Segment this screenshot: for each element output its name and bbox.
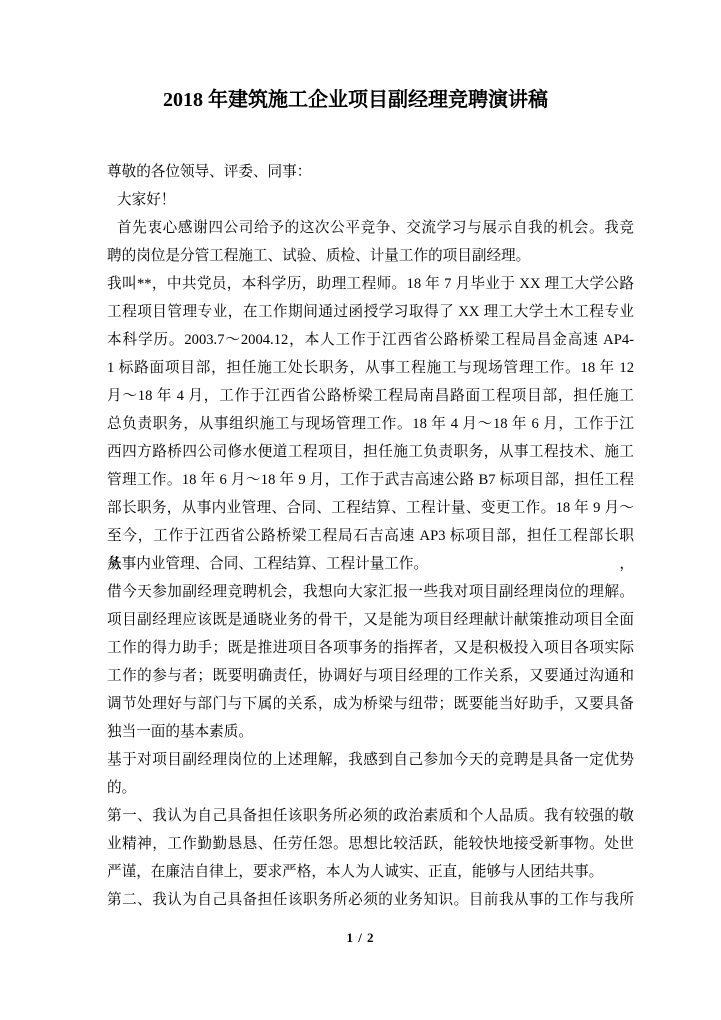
document-page: 2018 年建筑施工企业项目副经理竞聘演讲稿 尊敬的各位领导、评委、同事：大家好…: [0, 0, 721, 1020]
text-line: 大家好！: [107, 186, 634, 214]
text-line: 工程项目管理专业，在工作期间通过函授学习取得了 XX 理工大学土木工程专业: [107, 298, 634, 326]
paragraph: 基于对项目副经理岗位的上述理解，我感到自己参加今天的竞聘是具备一定优势的。: [107, 746, 634, 802]
text-line: 我叫**，中共党员，本科学历，助理工程师。18 年 7 月毕业于 XX 理工大学…: [107, 270, 634, 298]
page-number: 1 / 2: [87, 928, 634, 948]
text-line: 严谨，在廉洁自律上，要求严格，本人为人诚实、正直，能够与人团结共事。: [107, 858, 634, 886]
text-line: 月～18 年 4 月，工作于江西省公路桥梁工程局南昌路面工程项目部，担任施工: [107, 382, 634, 410]
text-line: 借今天参加副经理竞聘机会，我想向大家汇报一些我对项目副经理岗位的理解。: [107, 578, 634, 606]
text-line: 项目副经理应该既是通晓业务的骨干，又是能为项目经理献计献策推动项目全面: [107, 606, 634, 634]
text-line: 西四方路桥四公司修水便道工程项目，担任施工负责职务，从事工程技术、施工: [107, 438, 634, 466]
text-line: 总负责职务，从事组织施工与现场管理工作。18 年 4 月～18 年 6 月，工作…: [107, 410, 634, 438]
paragraph: 首先衷心感谢四公司给予的这次公平竞争、交流学习与展示自我的机会。我竞聘的岗位是分…: [107, 214, 634, 270]
text-line: 第二、我认为自己具备担任该职务所必须的业务知识。目前我从事的工作与我所: [107, 886, 634, 914]
document-title: 2018 年建筑施工企业项目副经理竞聘演讲稿: [77, 86, 634, 114]
text-line: 尊敬的各位领导、评委、同事：: [107, 158, 634, 186]
paragraph: 大家好！: [107, 186, 634, 214]
text-line: 本科学历。2003.7～2004.12，本人工作于江西省公路桥梁工程局昌金高速 …: [107, 326, 634, 354]
paragraph: 第一、我认为自己具备担任该职务所必须的政治素质和个人品质。我有较强的敬业精神，工…: [107, 802, 634, 886]
text-line: 业精神，工作勤勤恳恳、任劳任怨。思想比较活跃，能较快地接受新事物。处世: [107, 830, 634, 858]
text-line: 1 标路面项目部，担任施工处长职务，从事工程施工与现场管理工作。18 年 12: [107, 354, 634, 382]
text-line: 部长职务，从事内业管理、合同、工程结算、工程计量、变更工作。18 年 9 月～: [107, 494, 634, 522]
text-line: 基于对项目副经理岗位的上述理解，我感到自己参加今天的竞聘是具备一定优势: [107, 746, 634, 774]
text-line: 工作的得力助手；既是推进项目各项事务的指挥者，又是积极投入项目各项实际: [107, 634, 634, 662]
text-line: 独当一面的基本素质。: [107, 718, 634, 746]
text-line: 聘的岗位是分管工程施工、试验、质检、计量工作的项目副经理。: [107, 242, 634, 270]
text-line: 至今，工作于江西省公路桥梁工程局石吉高速 AP3 标项目部，担任工程部长职务，: [107, 522, 634, 550]
text-line: 工作的参与者；既要明确责任，协调好与项目经理的工作关系，又要通过沟通和: [107, 662, 634, 690]
paragraph: 尊敬的各位领导、评委、同事：: [107, 158, 634, 186]
text-line: 的。: [107, 774, 634, 802]
paragraph: 我叫**，中共党员，本科学历，助理工程师。18 年 7 月毕业于 XX 理工大学…: [107, 270, 634, 578]
document-content: 2018 年建筑施工企业项目副经理竞聘演讲稿 尊敬的各位领导、评委、同事：大家好…: [0, 0, 721, 948]
text-line: 管理工作。18 年 6 月～18 年 9 月，工作于武吉高速公路 B7 标项目部…: [107, 466, 634, 494]
paragraph: 第二、我认为自己具备担任该职务所必须的业务知识。目前我从事的工作与我所: [107, 886, 634, 914]
paragraph: 借今天参加副经理竞聘机会，我想向大家汇报一些我对项目副经理岗位的理解。项目副经理…: [107, 578, 634, 746]
text-line: 调节处理好与部门与下属的关系，成为桥梁与纽带；既要能当好助手，又要具备: [107, 690, 634, 718]
text-line: 第一、我认为自己具备担任该职务所必须的政治素质和个人品质。我有较强的敬: [107, 802, 634, 830]
document-body: 尊敬的各位领导、评委、同事：大家好！首先衷心感谢四公司给予的这次公平竞争、交流学…: [107, 158, 634, 914]
text-line: 首先衷心感谢四公司给予的这次公平竞争、交流学习与展示自我的机会。我竞: [107, 214, 634, 242]
